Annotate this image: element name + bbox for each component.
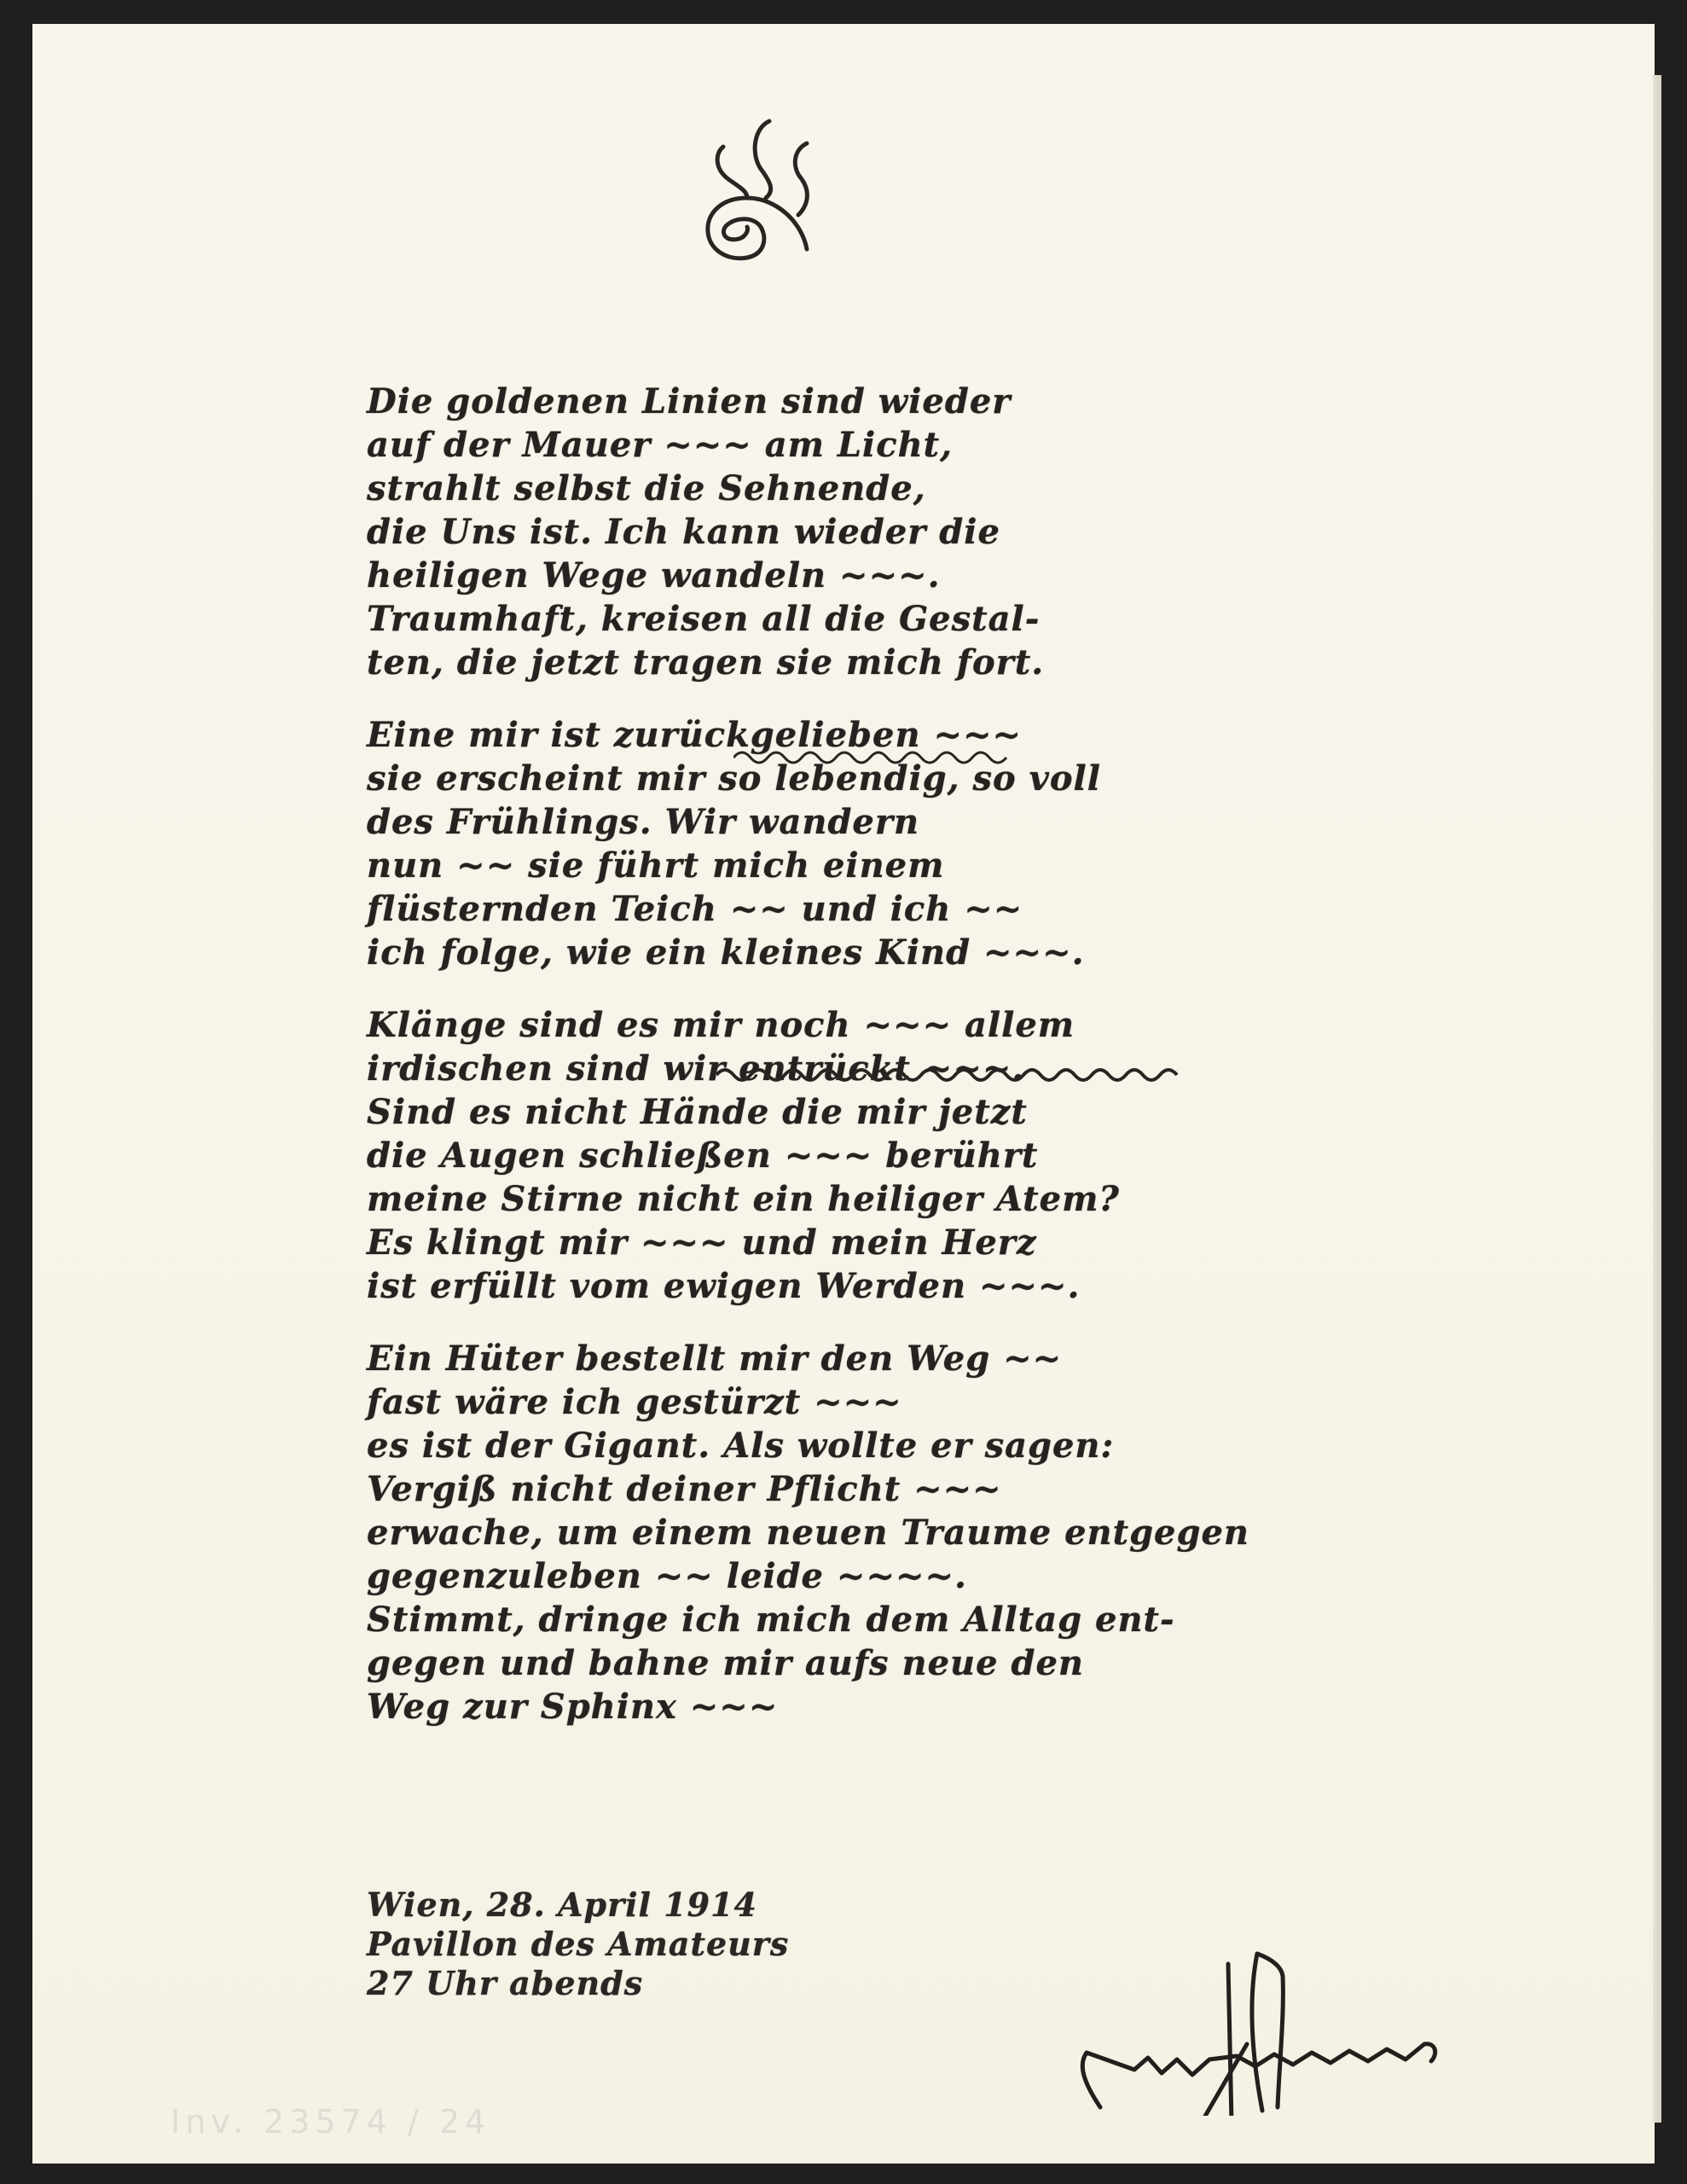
- text-line: ten, die jetzt tragen sie mich fort.: [367, 641, 1450, 684]
- text-line: Die goldenen Linien sind wieder: [367, 380, 1450, 423]
- text-line: auf der Mauer ~~~ am Licht,: [367, 423, 1450, 467]
- page-edge: [1653, 75, 1661, 2123]
- archive-inventory-mark: Inv. 23574 / 24: [171, 2103, 490, 2140]
- text-line: Sind es nicht Hände die mir jetzt: [367, 1090, 1450, 1134]
- signature-scrawl-icon: [1066, 1894, 1458, 2116]
- text-line: ich folge, wie ein kleines Kind ~~~.: [367, 931, 1450, 974]
- text-line: heiligen Wege wandeln ~~~.: [367, 554, 1450, 597]
- text-line: gegenzuleben ~~ leide ~~~~.: [367, 1554, 1450, 1598]
- text-line: meine Stirne nicht ein heiliger Atem?: [367, 1177, 1450, 1221]
- text-line: flüsternden Teich ~~ und ich ~~: [367, 887, 1450, 931]
- text-line: Stimmt, dringe ich mich dem Alltag ent-: [367, 1598, 1450, 1641]
- text-line: es ist der Gigant. Als wollte er sagen:: [367, 1424, 1450, 1467]
- spiral-with-flames-icon: [665, 102, 870, 290]
- text-line: nun ~~ sie führt mich einem: [367, 844, 1450, 887]
- text-line: Vergiß nicht deiner Pflicht ~~~: [367, 1467, 1450, 1511]
- text-line: erwache, um einem neuen Traume entgegen: [367, 1511, 1450, 1554]
- date-line: Wien, 28. April 1914: [367, 1885, 789, 1925]
- paragraph-1: Die goldenen Linien sind wieder auf der …: [367, 380, 1450, 684]
- wavy-divider-icon: [733, 744, 1177, 766]
- text-line: Weg zur Sphinx ~~~: [367, 1685, 1450, 1728]
- time-line: 27 Uhr abends: [367, 1964, 789, 2003]
- text-line: die Uns ist. Ich kann wieder die: [367, 510, 1450, 554]
- dateline: Wien, 28. April 1914 Pavillon des Amateu…: [367, 1885, 789, 2003]
- text-line: Traumhaft, kreisen all die Gestal-: [367, 597, 1450, 641]
- text-line: Ein Hüter bestellt mir den Weg ~~: [367, 1337, 1450, 1380]
- text-line: die Augen schließen ~~~ berührt: [367, 1134, 1450, 1177]
- paragraph-4: Ein Hüter bestellt mir den Weg ~~ fast w…: [367, 1337, 1450, 1728]
- scan-background: Die goldenen Linien sind wieder auf der …: [0, 0, 1687, 2184]
- text-line: fast wäre ich gestürzt ~~~: [367, 1380, 1450, 1424]
- text-line: des Frühlings. Wir wandern: [367, 800, 1450, 844]
- text-line: ist erfüllt vom ewigen Werden ~~~.: [367, 1264, 1450, 1308]
- place-line: Pavillon des Amateurs: [367, 1925, 789, 1964]
- text-line: Es klingt mir ~~~ und mein Herz: [367, 1221, 1450, 1264]
- text-line: Klänge sind es mir noch ~~~ allem: [367, 1003, 1450, 1047]
- text-line: strahlt selbst die Sehnende,: [367, 467, 1450, 510]
- text-line: gegen und bahne mir aufs neue den: [367, 1641, 1450, 1685]
- wavy-divider-icon: [716, 1063, 1194, 1085]
- paragraph-3: Klänge sind es mir noch ~~~ allem irdisc…: [367, 1003, 1450, 1308]
